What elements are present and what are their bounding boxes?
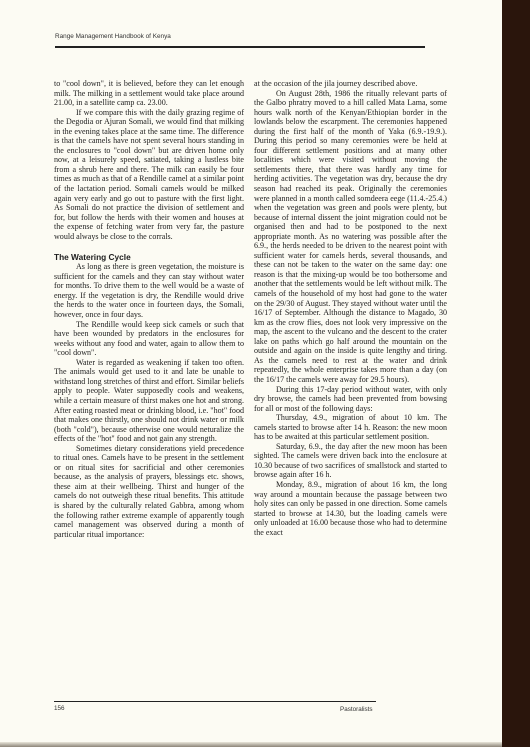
footer-rule (54, 701, 376, 702)
paragraph: Water is regarded as weakening if taken … (54, 358, 244, 444)
paragraph: Saturday, 6.9., the day after the new mo… (254, 442, 447, 480)
right-column: at the occasion of the jila journey desc… (254, 79, 447, 537)
running-header: Range Management Handbook of Kenya (55, 33, 171, 40)
book-page: Range Management Handbook of Kenya to "c… (0, 0, 502, 747)
page-edge-shadow (502, 0, 530, 747)
paragraph: Thursday, 4.9., migration of about 10 km… (254, 413, 447, 442)
paragraph: Sometimes dietary considerations yield p… (54, 444, 244, 539)
bottom-edge-shadow (0, 742, 502, 747)
header-rule (55, 46, 425, 48)
paragraph: On August 28th, 1986 the ritually releva… (254, 89, 447, 385)
page-number: 156 (54, 705, 65, 712)
paragraph: During this 17-day period without water,… (254, 385, 447, 414)
section-heading: The Watering Cycle (54, 252, 244, 262)
left-column: to "cool down", it is believed, before t… (54, 79, 244, 539)
paragraph: to "cool down", it is believed, before t… (54, 79, 244, 108)
paragraph: The Rendille would keep sick camels or s… (54, 320, 244, 358)
paragraph: As long as there is green vegetation, th… (54, 262, 244, 319)
paragraph: If we compare this with the daily grazin… (54, 108, 244, 242)
footer-section-name: Pastoralists (340, 706, 373, 713)
paragraph: at the occasion of the jila journey desc… (254, 79, 447, 89)
paragraph: Monday, 8.9., migration of about 16 km, … (254, 480, 447, 537)
